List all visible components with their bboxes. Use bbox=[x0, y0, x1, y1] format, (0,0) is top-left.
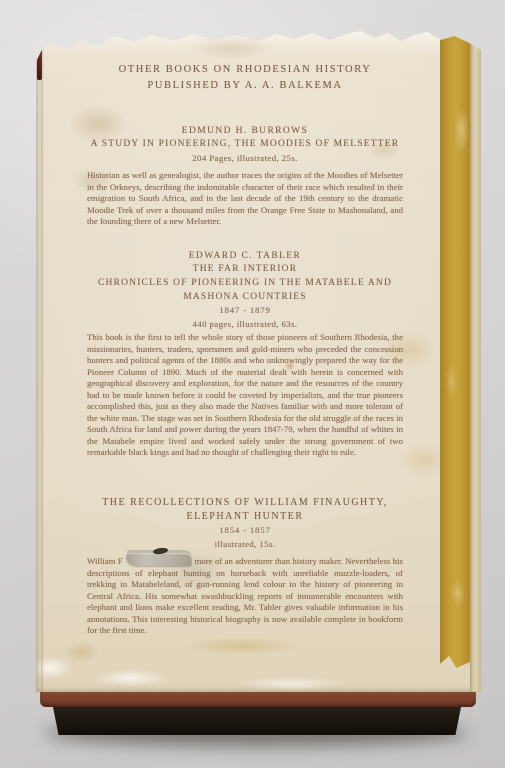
book-title-line1: THE FAR INTERIOR bbox=[87, 263, 403, 277]
book-author: EDWARD C. TABLER bbox=[87, 249, 403, 263]
book-title-line2: ELEPHANT HUNTER bbox=[87, 510, 403, 524]
book-entry-finaughty: THE RECOLLECTIONS OF WILLIAM FINAUGHTY, … bbox=[87, 496, 403, 552]
photo-backdrop: OTHER BOOKS ON RHODESIAN HISTORY PUBLISH… bbox=[0, 0, 505, 768]
book-meta: illustrated, 15s. bbox=[87, 538, 403, 552]
book-title-line2: CHRONICLES OF PIONEERING IN THE MATABELE… bbox=[87, 277, 403, 291]
jacket-edge-chip bbox=[37, 50, 42, 80]
book-description: This book is the first to tell the whole… bbox=[87, 332, 403, 459]
dust-jacket-back-panel: OTHER BOOKS ON RHODESIAN HISTORY PUBLISH… bbox=[36, 28, 481, 692]
book-years: 1854 - 1857 bbox=[87, 524, 403, 538]
book-meta: 204 Pages, illustrated, 25s. bbox=[87, 152, 403, 166]
book-years: 1847 - 1879 bbox=[87, 304, 403, 318]
book-description: William Fmore of an adventurer than hist… bbox=[87, 554, 403, 637]
book-entry-burrows: EDMUND H. BURROWS A STUDY IN PIONEERING,… bbox=[87, 124, 403, 166]
jacket-spine-edge bbox=[470, 28, 481, 692]
book-title-line1: THE RECOLLECTIONS OF WILLIAM FINAUGHTY, bbox=[87, 496, 403, 510]
jacket-spine-strip bbox=[440, 28, 470, 670]
header-line-1: OTHER BOOKS ON RHODESIAN HISTORY bbox=[87, 62, 403, 78]
book-entry-tabler: EDWARD C. TABLER THE FAR INTERIOR CHRONI… bbox=[87, 249, 403, 332]
book-title: A STUDY IN PIONEERING, THE MOODIES OF ME… bbox=[87, 138, 403, 152]
book-title-line3: MASHONA COUNTRIES bbox=[87, 291, 403, 305]
book-description: Historian as well as genealogist, the au… bbox=[87, 170, 403, 228]
book-meta: 440 pages, illustrated, 63s. bbox=[87, 318, 403, 332]
book-author: EDMUND H. BURROWS bbox=[87, 124, 403, 138]
jacket-header: OTHER BOOKS ON RHODESIAN HISTORY PUBLISH… bbox=[87, 62, 403, 94]
description-prefix: William F bbox=[87, 556, 123, 566]
description-rest: more of an adventurer than history maker… bbox=[87, 556, 403, 635]
paper-tear-patch bbox=[126, 553, 192, 566]
header-line-2: PUBLISHED BY A. A. BALKEMA bbox=[87, 78, 403, 94]
